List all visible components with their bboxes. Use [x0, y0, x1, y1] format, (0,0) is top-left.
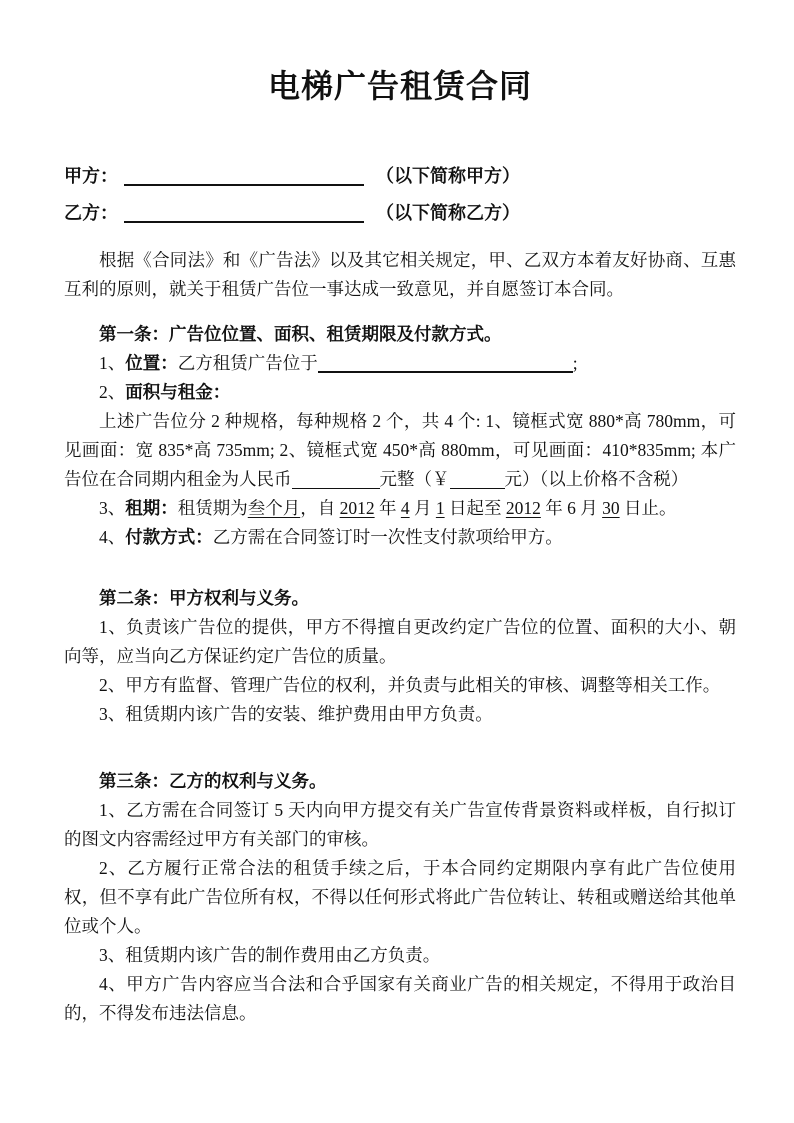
fill-in-blank	[292, 470, 380, 489]
section-3: 第三条：乙方的权利与义务。 1、乙方需在合同签订 5 天内向甲方提交有关广告宣传…	[64, 767, 736, 1028]
party-a-alias: （以下简称甲方）	[376, 166, 520, 186]
contract-title: 电梯广告租赁合同	[64, 66, 736, 108]
text-run: 3、租赁期内该广告的安装、维护费用由甲方负责。	[99, 704, 493, 724]
text-run: 乙方需在合同签订时一次性支付款项给甲方。	[213, 527, 563, 547]
text-run: 元整（￥	[380, 469, 450, 489]
underlined-value: 2012	[506, 498, 541, 518]
contract-body: 根据《合同法》和《广告法》以及其它相关规定，甲、乙双方本着友好协商、互惠互利的原…	[64, 246, 736, 1028]
party-b-line: 乙方：（以下简称乙方）	[64, 195, 736, 232]
clause-location: 1、位置：乙方租赁广告位于;	[64, 349, 736, 378]
text-run: 4、	[99, 527, 125, 547]
clause-party-a-duty-1: 1、负责该广告位的提供，甲方不得擅自更改约定广告位的位置、面积的大小、朝向等，应…	[64, 613, 736, 671]
text-run: 日止。	[620, 498, 677, 518]
text-run: 1、负责该广告位的提供，甲方不得擅自更改约定广告位的位置、面积的大小、朝向等，应…	[64, 617, 736, 666]
contract-page: 电梯广告租赁合同 甲方：（以下简称甲方） 乙方：（以下简称乙方） 根据《合同法》…	[0, 0, 794, 1123]
underlined-value: 4	[401, 498, 410, 518]
text-run: 2、	[99, 382, 125, 402]
text-run: 1、乙方需在合同签订 5 天内向甲方提交有关广告宣传背景资料或样板，自行拟订的图…	[64, 800, 736, 849]
section-1: 第一条：广告位位置、面积、租赁期限及付款方式。 1、位置：乙方租赁广告位于; 2…	[64, 320, 736, 552]
party-b-alias: （以下简称乙方）	[376, 203, 520, 223]
text-run: 租期：	[125, 498, 178, 518]
fill-in-blank	[450, 470, 505, 489]
text-run: 3、	[99, 498, 125, 518]
clause-party-b-duty-3: 3、租赁期内该广告的制作费用由乙方负责。	[64, 941, 736, 970]
clause-party-a-duty-3: 3、租赁期内该广告的安装、维护费用由甲方负责。	[64, 700, 736, 729]
clause-payment: 4、付款方式：乙方需在合同签订时一次性支付款项给甲方。	[64, 523, 736, 552]
clause-party-b-duty-1: 1、乙方需在合同签订 5 天内向甲方提交有关广告宣传背景资料或样板，自行拟订的图…	[64, 796, 736, 854]
clause-party-a-duty-2: 2、甲方有监督、管理广告位的权利，并负责与此相关的审核、调整等相关工作。	[64, 671, 736, 700]
section-3-heading: 第三条：乙方的权利与义务。	[64, 767, 736, 796]
text-run: 面积与租金：	[125, 382, 230, 402]
section-1-heading: 第一条：广告位位置、面积、租赁期限及付款方式。	[64, 320, 736, 349]
parties-block: 甲方：（以下简称甲方） 乙方：（以下简称乙方）	[64, 158, 736, 232]
fill-in-blank	[318, 353, 573, 373]
text-run: 位置：	[125, 353, 178, 373]
party-a-name-blank	[124, 164, 364, 186]
text-run: 租赁期为	[178, 498, 248, 518]
underlined-value: 2012	[340, 498, 375, 518]
underlined-value: 叁个月	[248, 498, 301, 518]
text-run: 4、甲方广告内容应当合法和合乎国家有关商业广告的相关规定，不得用于政治目的，不得…	[64, 974, 736, 1023]
underlined-value: 1	[436, 498, 445, 518]
clause-party-b-duty-2: 2、乙方履行正常合法的租赁手续之后，于本合同约定期限内享有此广告位使用权，但不享…	[64, 854, 736, 941]
party-b-label: 乙方：	[64, 203, 118, 223]
text-run: ;	[573, 353, 578, 373]
text-run: 2、甲方有监督、管理广告位的权利，并负责与此相关的审核、调整等相关工作。	[99, 675, 720, 695]
text-run: 日起至	[445, 498, 506, 518]
party-a-line: 甲方：（以下简称甲方）	[64, 158, 736, 195]
text-run: 2、乙方履行正常合法的租赁手续之后，于本合同约定期限内享有此广告位使用权，但不享…	[64, 858, 736, 936]
intro-paragraph: 根据《合同法》和《广告法》以及其它相关规定，甲、乙双方本着友好协商、互惠互利的原…	[64, 246, 736, 304]
section-2: 第二条：甲方权利与义务。 1、负责该广告位的提供，甲方不得擅自更改约定广告位的位…	[64, 584, 736, 729]
text-run: 年 6 月	[541, 498, 602, 518]
party-a-label: 甲方：	[64, 166, 118, 186]
text-run: 1、	[99, 353, 125, 373]
text-run: 付款方式：	[125, 527, 213, 547]
section-2-heading: 第二条：甲方权利与义务。	[64, 584, 736, 613]
underlined-value: 30	[602, 498, 620, 518]
text-run: ，自	[300, 498, 339, 518]
clause-area-rent-label: 2、面积与租金：	[64, 378, 736, 407]
text-run: 3、租赁期内该广告的制作费用由乙方负责。	[99, 945, 440, 965]
text-run: 乙方租赁广告位于	[178, 353, 318, 373]
text-run: 元）（以上价格不含税）	[505, 469, 689, 489]
clause-party-b-duty-4: 4、甲方广告内容应当合法和合乎国家有关商业广告的相关规定，不得用于政治目的，不得…	[64, 970, 736, 1028]
party-b-name-blank	[124, 201, 364, 223]
text-run: 年	[375, 498, 401, 518]
clause-area-rent-detail: 上述广告位分 2 种规格，每种规格 2 个，共 4 个: 1、镜框式宽 880*…	[64, 407, 736, 494]
clause-lease-term: 3、租期：租赁期为叁个月，自 2012 年 4 月 1 日起至 2012 年 6…	[64, 494, 736, 523]
text-run: 月	[410, 498, 436, 518]
